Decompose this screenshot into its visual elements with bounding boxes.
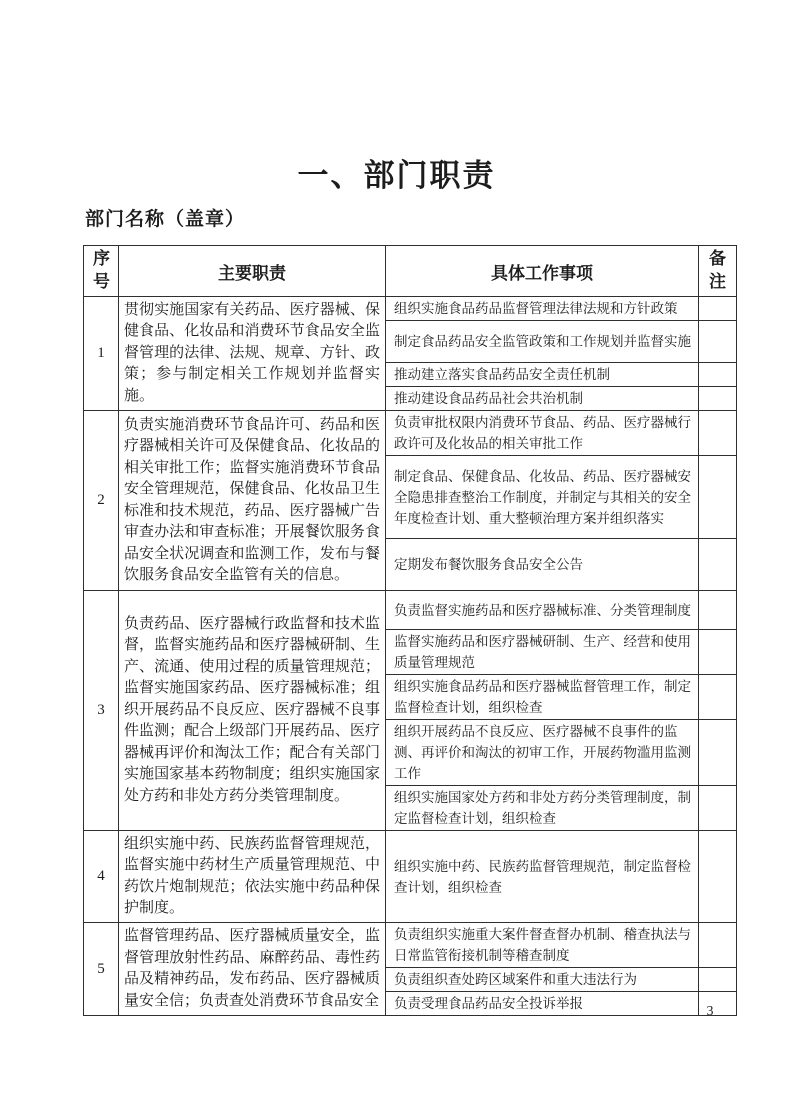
row-number: 1 bbox=[84, 297, 119, 411]
page-title: 一、部门职责 bbox=[0, 150, 793, 195]
work-item-cell: 组织实施中药、民族药监督管理规范，制定监督检查计划，组织检查 bbox=[386, 831, 699, 923]
remark-cell bbox=[699, 720, 737, 786]
main-duty-cell: 贯彻实施国家有关药品、医疗器械、保健食品、化妆品和消费环节食品安全监督管理的法律… bbox=[119, 297, 386, 411]
remark-cell bbox=[699, 630, 737, 675]
row-number: 2 bbox=[84, 411, 119, 591]
work-item-cell: 组织实施食品药品监督管理法律法规和方针政策 bbox=[386, 297, 699, 321]
work-item-cell: 组织实施国家处方药和非处方药分类管理制度，制定监督检查计划，组织检查 bbox=[386, 786, 699, 831]
remark-cell bbox=[699, 831, 737, 923]
remark-cell bbox=[699, 539, 737, 591]
work-item-cell: 推动建设食品药品社会共治机制 bbox=[386, 387, 699, 411]
row-number: 5 bbox=[84, 923, 119, 1016]
work-item-cell: 负责监督实施药品和医疗器械标准、分类管理制度 bbox=[386, 591, 699, 630]
main-duty-cell: 负责药品、医疗器械行政监督和技术监督，监督实施药品和医疗器械研制、生产、流通、使… bbox=[119, 591, 386, 831]
row-number: 3 bbox=[84, 591, 119, 831]
remark-cell bbox=[699, 363, 737, 387]
remark-cell bbox=[699, 786, 737, 831]
table-row: 1 贯彻实施国家有关药品、医疗器械、保健食品、化妆品和消费环节食品安全监督管理的… bbox=[84, 297, 737, 321]
remark-cell bbox=[699, 591, 737, 630]
work-item-cell: 定期发布餐饮服务食品安全公告 bbox=[386, 539, 699, 591]
work-item-cell: 组织开展药品不良反应、医疗器械不良事件的监测、再评价和淘汰的初审工作，开展药物滥… bbox=[386, 720, 699, 786]
main-duty-cell: 监督管理药品、医疗器械质量安全，监督管理放射性药品、麻醉药品、毒性药品及精神药品… bbox=[119, 923, 386, 1016]
remark-cell bbox=[699, 411, 737, 456]
main-duty-cell: 组织实施中药、民族药监督管理规范，监督实施中药材生产质量管理规范、中药饮片炮制规… bbox=[119, 831, 386, 923]
remark-cell bbox=[699, 456, 737, 539]
department-name-label: 部门名称（盖章） bbox=[85, 204, 245, 231]
work-item-cell: 负责受理食品药品安全投诉举报 bbox=[386, 992, 699, 1016]
work-item-cell: 负责组织实施重大案件督查督办机制、稽查执法与日常监管衔接机制等稽查制度 bbox=[386, 923, 699, 968]
remark-cell bbox=[699, 675, 737, 720]
table-row: 2 负责实施消费环节食品许可、药品和医疗器械相关许可及保健食品、化妆品的相关审批… bbox=[84, 411, 737, 456]
col-header-work-items: 具体工作事项 bbox=[386, 246, 699, 297]
document-page: 一、部门职责 部门名称（盖章） 序号 主要职责 具体工作事项 备注 1 贯彻实施… bbox=[0, 0, 793, 1096]
work-item-cell: 推动建立落实食品药品安全责任机制 bbox=[386, 363, 699, 387]
responsibilities-table: 序号 主要职责 具体工作事项 备注 1 贯彻实施国家有关药品、医疗器械、保健食品… bbox=[83, 245, 737, 1016]
work-item-cell: 负责组织查处跨区域案件和重大违法行为 bbox=[386, 968, 699, 992]
main-duty-cell: 负责实施消费环节食品许可、药品和医疗器械相关许可及保健食品、化妆品的相关审批工作… bbox=[119, 411, 386, 591]
table-row: 4 组织实施中药、民族药监督管理规范，监督实施中药材生产质量管理规范、中药饮片炮… bbox=[84, 831, 737, 923]
remark-cell bbox=[699, 387, 737, 411]
work-item-cell: 监督实施药品和医疗器械研制、生产、经营和使用质量管理规范 bbox=[386, 630, 699, 675]
remark-cell bbox=[699, 297, 737, 321]
work-item-cell: 组织实施食品药品和医疗器械监督管理工作，制定监督检查计划，组织检查 bbox=[386, 675, 699, 720]
table-row: 3 负责药品、医疗器械行政监督和技术监督，监督实施药品和医疗器械研制、生产、流通… bbox=[84, 591, 737, 630]
remark-cell bbox=[699, 923, 737, 968]
work-item-cell: 制定食品、保健食品、化妆品、药品、医疗器械安全隐患排查整治工作制度，并制定与其相… bbox=[386, 456, 699, 539]
remark-cell bbox=[699, 321, 737, 363]
table-header-row: 序号 主要职责 具体工作事项 备注 bbox=[84, 246, 737, 297]
work-item-cell: 负责审批权限内消费环节食品、药品、医疗器械行政许可及化妆品的相关审批工作 bbox=[386, 411, 699, 456]
remark-cell bbox=[699, 968, 737, 992]
col-header-remark: 备注 bbox=[699, 246, 737, 297]
page-number: 3 bbox=[698, 1004, 722, 1020]
col-header-no: 序号 bbox=[84, 246, 119, 297]
row-number: 4 bbox=[84, 831, 119, 923]
col-header-main-duty: 主要职责 bbox=[119, 246, 386, 297]
work-item-cell: 制定食品药品安全监管政策和工作规划并监督实施 bbox=[386, 321, 699, 363]
table-row: 5 监督管理药品、医疗器械质量安全，监督管理放射性药品、麻醉药品、毒性药品及精神… bbox=[84, 923, 737, 968]
